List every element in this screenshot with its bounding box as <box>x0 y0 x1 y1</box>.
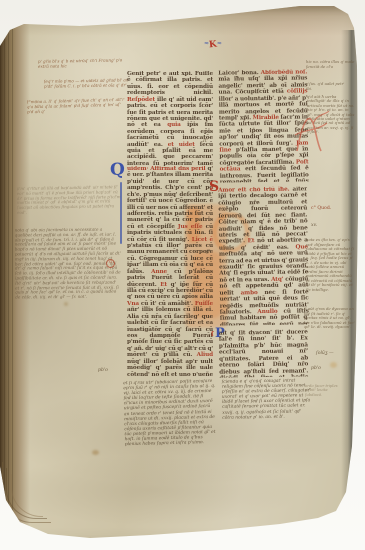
gutter-mark: It' <box>203 139 208 144</box>
margin-note-right-1: hic no. cōtra illos q' male ſenciūt de c… <box>306 60 356 71</box>
margin-note-left-c: P'mōno a. li' q' ſolēnit' q'r ſiue ch' q… <box>27 98 125 118</box>
left-column-text: Genit petr' ē aūt xp̄i. Fuiſſe ē cōfirma… <box>127 71 213 166</box>
quire-flourish-icon: ≈ <box>217 40 222 47</box>
margin-mark-pbo-right: pb'o <box>311 366 321 371</box>
red-nota-flourish-icon <box>293 109 331 155</box>
margin-note-right-6: nota ex iſto tex. q' ep's pot' diſpenſar… <box>306 238 355 302</box>
margin-squiggle: ſolūʒ — <box>316 351 334 356</box>
chapter-ref-xv: xv. <box>311 223 317 228</box>
right-column-text-2: Amor eſt chō triū īħe. aīter ip̄i tertio… <box>218 186 309 325</box>
margin-note-left-a: p' gr̄is bl's q' b eā utrūq' ch'i Fraung… <box>38 58 134 72</box>
stain <box>330 362 337 368</box>
initial-q: Q <box>110 162 125 179</box>
gutter-mark: ff' <box>206 250 211 255</box>
margin-note-right-9: ſi aūt q'ras de dyacono an idē ſit iudic… <box>304 307 357 343</box>
page-top-shadow <box>0 6 359 36</box>
paraph-mark: ſ <box>211 331 214 338</box>
margin-mark-pbo: pb'o <box>98 368 108 373</box>
stain <box>92 450 99 455</box>
right-column-cursive-addition: ſciendū ē q' q'cūq' cōiugat' intrat reli… <box>222 378 312 424</box>
initial-q-descender <box>120 182 122 244</box>
quire-mark: ≈K≈ <box>191 40 235 50</box>
quire-letter: K <box>209 40 218 51</box>
gutter-mark: p' <box>204 90 208 95</box>
margin-note-left-b: ſeq'r mīo p'mo — et uidelz ad gr̄ad bl' … <box>44 78 136 97</box>
margin-note-right-faint: ordo ſacer triplex p'ſbit' leuita ſubdia… <box>305 384 339 412</box>
chapter-ref-quod: c° Quod. <box>311 206 331 211</box>
right-column-text-3: aīt q' ſit dyacon' ſit' ducere fal'e ſū … <box>219 329 309 377</box>
circled-letter-mark: d <box>106 259 115 268</box>
margin-note-right-2: v'ſus. q'd ualet petr' ibi. <box>306 82 348 92</box>
margin-note-left-d: p'm' q'ritur añ illō ad bap'zandū add' u… <box>17 185 122 226</box>
left-column-text-2: uidem· Affirmat dn̄s peril q' ē uer. p'ſ… <box>127 166 213 376</box>
left-column-cursive-addition: et ſi q'ras utr' ſubdiacon' poſſit accuſ… <box>123 379 218 448</box>
manuscript-photo: ≈K≈ p' gr̄is bl's q' b eā utrūq' ch'i Fr… <box>0 0 365 550</box>
margin-note-left-e: nota q' ubi oīa ſacrāmēta in necessitate… <box>15 228 122 320</box>
